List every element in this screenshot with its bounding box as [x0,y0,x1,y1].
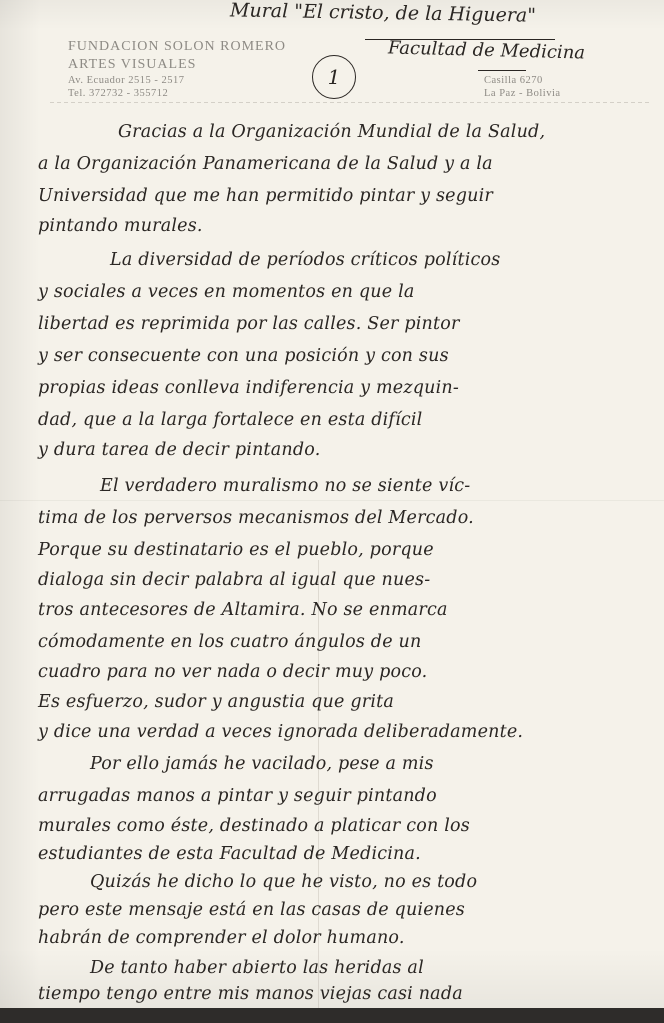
body-line: Porque su destinatario es el pueblo, por… [38,540,434,560]
body-line: La diversidad de períodos críticos polít… [110,250,500,270]
handwritten-title: Mural "El cristo, de la Higuera" [230,0,536,27]
body-line: El verdadero muralismo no se siente víc- [100,476,470,496]
body-line: libertad es reprimida por las calles. Se… [38,314,460,334]
body-line: murales como éste, destinado a platicar … [38,816,470,836]
body-line: dad, que a la larga fortalece en esta di… [38,410,422,430]
body-line: Universidad que me han permitido pintar … [38,186,493,206]
letterhead-city: La Paz - Bolivia [484,87,561,100]
letterhead-address: Av. Ecuador 2515 - 2517 [68,74,286,87]
body-line: y ser consecuente con una posición y con… [38,346,449,366]
body-line: Es esfuerzo, sudor y angustia que grita [38,692,394,712]
body-line: pero este mensaje está en las casas de q… [38,900,465,920]
body-line: estudiantes de esta Facultad de Medicina… [38,844,421,864]
body-line: Quizás he dicho lo que he visto, no es t… [90,872,477,892]
body-line: arrugadas manos a pintar y seguir pintan… [38,786,437,806]
body-line: dialoga sin decir palabra al igual que n… [38,570,430,590]
body-line: y dura tarea de decir pintando. [38,440,320,460]
body-line: pintando murales. [38,216,203,236]
body-line: propias ideas conlleva indiferencia y me… [38,378,459,398]
page-number-circle: 1 [312,55,356,99]
body-line: De tanto haber abierto las heridas al [90,958,424,978]
scan-bottom-edge [0,1008,664,1023]
letterhead-divider [50,102,650,103]
body-line: Por ello jamás he vacilado, pese a mis [90,754,434,774]
body-line: habrán de comprender el dolor humano. [38,928,405,948]
body-line: cuadro para no ver nada o decir muy poco… [38,662,427,682]
letterhead-organization: FUNDACION SOLON ROMERO [68,38,286,56]
body-line: cómodamente en los cuatro ángulos de un [38,632,421,652]
letterhead-left: FUNDACION SOLON ROMERO ARTES VISUALES Av… [68,38,286,100]
body-line: tiempo tengo entre mis manos viejas casi… [38,984,463,1004]
subtitle-underline [478,70,526,71]
letter-page: FUNDACION SOLON ROMERO ARTES VISUALES Av… [0,0,664,1008]
body-line: tima de los perversos mecanismos del Mer… [38,508,474,528]
letterhead-department: ARTES VISUALES [68,56,286,74]
page-number: 1 [328,65,341,89]
paper-fold-horizontal [0,500,664,501]
body-line: a la Organización Panamericana de la Sal… [38,154,493,174]
body-line: y sociales a veces en momentos en que la [38,282,415,302]
letterhead-phone: Tel. 372732 - 355712 [68,87,286,100]
handwritten-subtitle: Facultad de Medicina [388,37,586,63]
letterhead-right: Casilla 6270 La Paz - Bolivia [484,74,561,100]
body-line: Gracias a la Organización Mundial de la … [118,122,545,142]
body-line: y dice una verdad a veces ignorada delib… [38,722,523,742]
body-line: tros antecesores de Altamira. No se enma… [38,600,448,620]
letterhead-po-box: Casilla 6270 [484,74,561,87]
